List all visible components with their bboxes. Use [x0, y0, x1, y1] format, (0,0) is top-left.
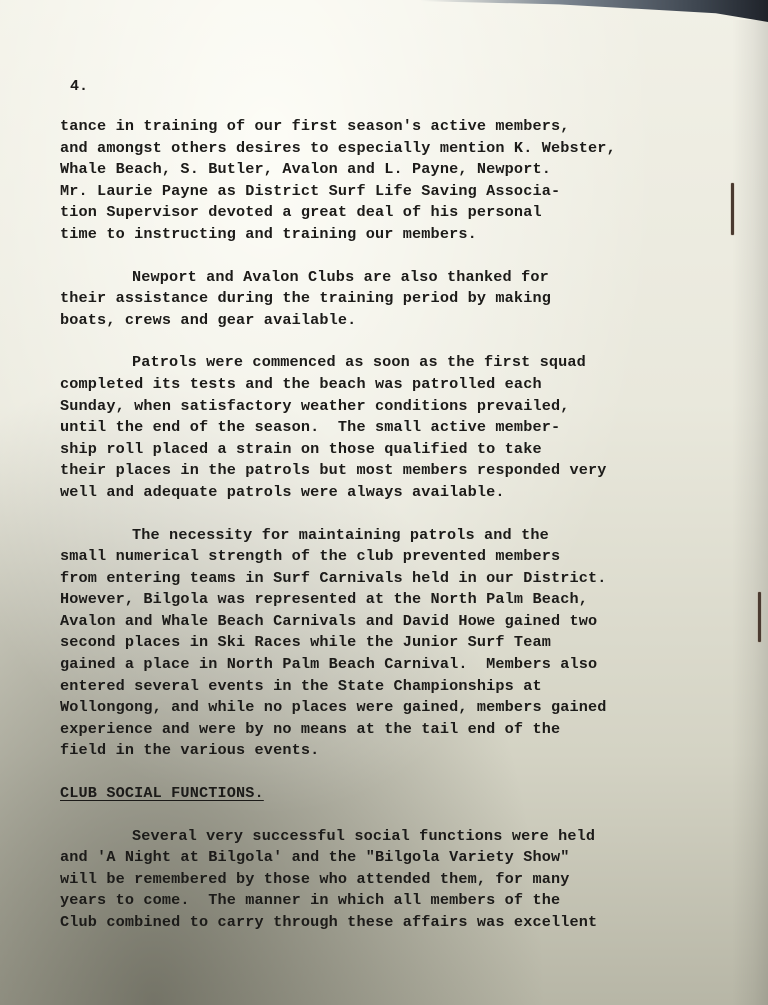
text-line: field in the various events.: [60, 740, 700, 762]
text-line: However, Bilgola was represented at the …: [60, 589, 700, 611]
text-line: well and adequate patrols were always av…: [60, 482, 700, 504]
page-number: 4.: [70, 78, 88, 95]
staple-bottom: [758, 592, 761, 642]
text-line: gained a place in North Palm Beach Carni…: [60, 654, 700, 676]
text-line: until the end of the season. The small a…: [60, 417, 700, 439]
text-line: and 'A Night at Bilgola' and the "Bilgol…: [60, 847, 700, 869]
text-line: ship roll placed a strain on those quali…: [60, 439, 700, 461]
text-line: their places in the patrols but most mem…: [60, 460, 700, 482]
text-line: from entering teams in Surf Carnivals he…: [60, 568, 700, 590]
staple-top: [731, 183, 734, 235]
paper-page: 4. tance in training of our first season…: [0, 0, 768, 1005]
paragraph: Several very successful social functions…: [60, 826, 700, 934]
text-line: years to come. The manner in which all m…: [60, 890, 700, 912]
text-line: Avalon and Whale Beach Carnivals and Dav…: [60, 611, 700, 633]
paragraph-group: tance in training of our first season's …: [60, 116, 700, 762]
text-line: Club combined to carry through these aff…: [60, 912, 700, 934]
paragraph: Patrols were commenced as soon as the fi…: [60, 352, 700, 503]
text-line: tion Supervisor devoted a great deal of …: [60, 202, 700, 224]
text-line: small numerical strength of the club pre…: [60, 546, 700, 568]
text-line: tance in training of our first season's …: [60, 116, 700, 138]
text-line: time to instructing and training our mem…: [60, 224, 700, 246]
text-line: Mr. Laurie Payne as District Surf Life S…: [60, 181, 700, 203]
background-edge: [420, 0, 768, 22]
page-fold-shadow: [732, 20, 768, 1005]
text-line: second places in Ski Races while the Jun…: [60, 632, 700, 654]
paragraph: The necessity for maintaining patrols an…: [60, 525, 700, 763]
text-line: Wollongong, and while no places were gai…: [60, 697, 700, 719]
document-body: tance in training of our first season's …: [60, 116, 700, 955]
text-line: Sunday, when satisfactory weather condit…: [60, 396, 700, 418]
text-line: will be remembered by those who attended…: [60, 869, 700, 891]
text-line: completed its tests and the beach was pa…: [60, 374, 700, 396]
text-line: experience and were by no means at the t…: [60, 719, 700, 741]
section-heading: CLUB SOCIAL FUNCTIONS.: [60, 783, 264, 805]
paragraph: Newport and Avalon Clubs are also thanke…: [60, 267, 700, 332]
text-line: entered several events in the State Cham…: [60, 676, 700, 698]
text-line: Whale Beach, S. Butler, Avalon and L. Pa…: [60, 159, 700, 181]
text-line: Patrols were commenced as soon as the fi…: [60, 352, 700, 374]
text-line: their assistance during the training per…: [60, 288, 700, 310]
text-line: Newport and Avalon Clubs are also thanke…: [60, 267, 700, 289]
text-line: and amongst others desires to especially…: [60, 138, 700, 160]
paragraph-group-social: Several very successful social functions…: [60, 826, 700, 934]
text-line: boats, crews and gear available.: [60, 310, 700, 332]
text-line: The necessity for maintaining patrols an…: [60, 525, 700, 547]
paragraph: tance in training of our first season's …: [60, 116, 700, 246]
text-line: Several very successful social functions…: [60, 826, 700, 848]
